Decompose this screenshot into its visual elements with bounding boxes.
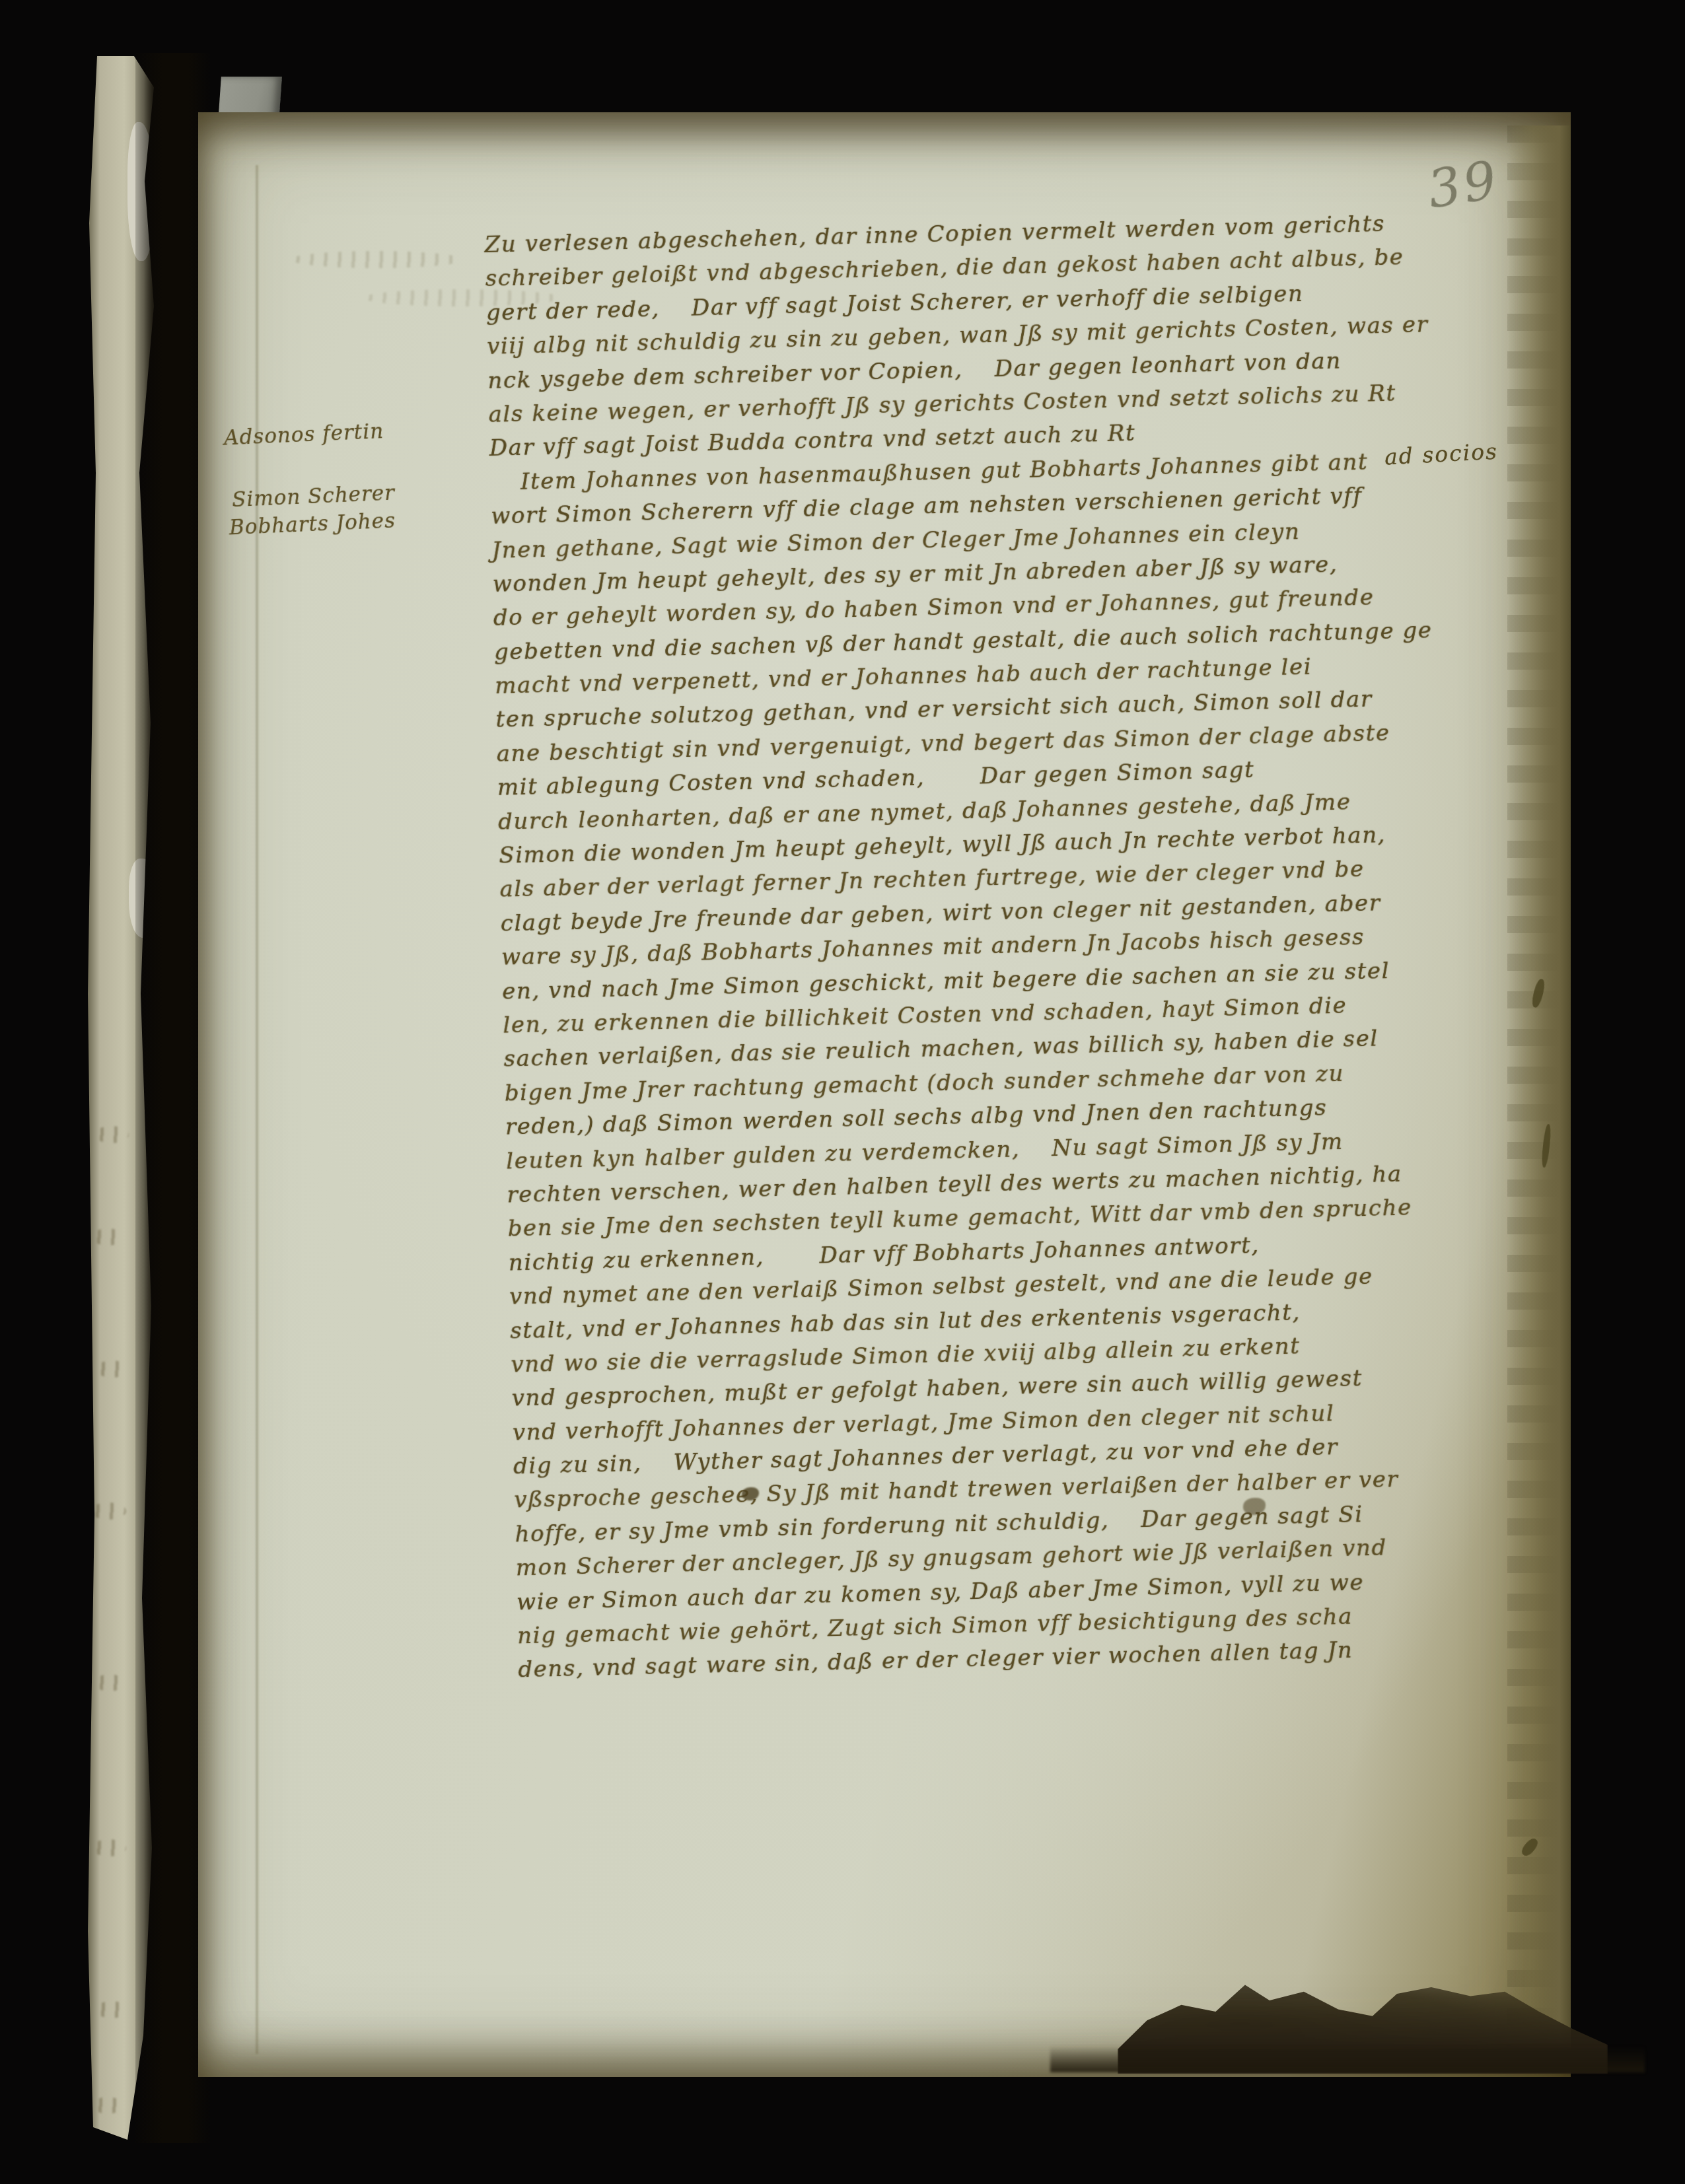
manuscript-photo: 39 Adsonos fertin Simon Scherer Bobharts… bbox=[0, 0, 1685, 2184]
bleedthrough-mark bbox=[96, 2001, 127, 2018]
manuscript-text: Zu verlesen abgeschehen, dar inne Copien… bbox=[484, 203, 1575, 1687]
manuscript-page: 39 Adsonos fertin Simon Scherer Bobharts… bbox=[198, 112, 1571, 2077]
bleedthrough-mark bbox=[94, 1126, 129, 1143]
bleedthrough-mark bbox=[93, 2097, 122, 2114]
bleedthrough-mark bbox=[90, 1502, 126, 1520]
bleedthrough-mark bbox=[96, 1360, 129, 1378]
margin-note: Bobharts Johes bbox=[229, 509, 396, 540]
bleedthrough-mark bbox=[291, 251, 462, 268]
bleedthrough-mark bbox=[94, 1674, 125, 1691]
margin-notes: Adsonos fertin Simon Scherer Bobharts Jo… bbox=[223, 419, 396, 540]
bleedthrough-mark bbox=[92, 1228, 124, 1246]
bleedthrough-mark bbox=[92, 1839, 126, 1856]
margin-note: Adsonos fertin bbox=[223, 419, 392, 450]
ink-stain-shadow bbox=[1050, 2046, 1645, 2072]
margin-note: Simon Scherer bbox=[231, 481, 395, 512]
